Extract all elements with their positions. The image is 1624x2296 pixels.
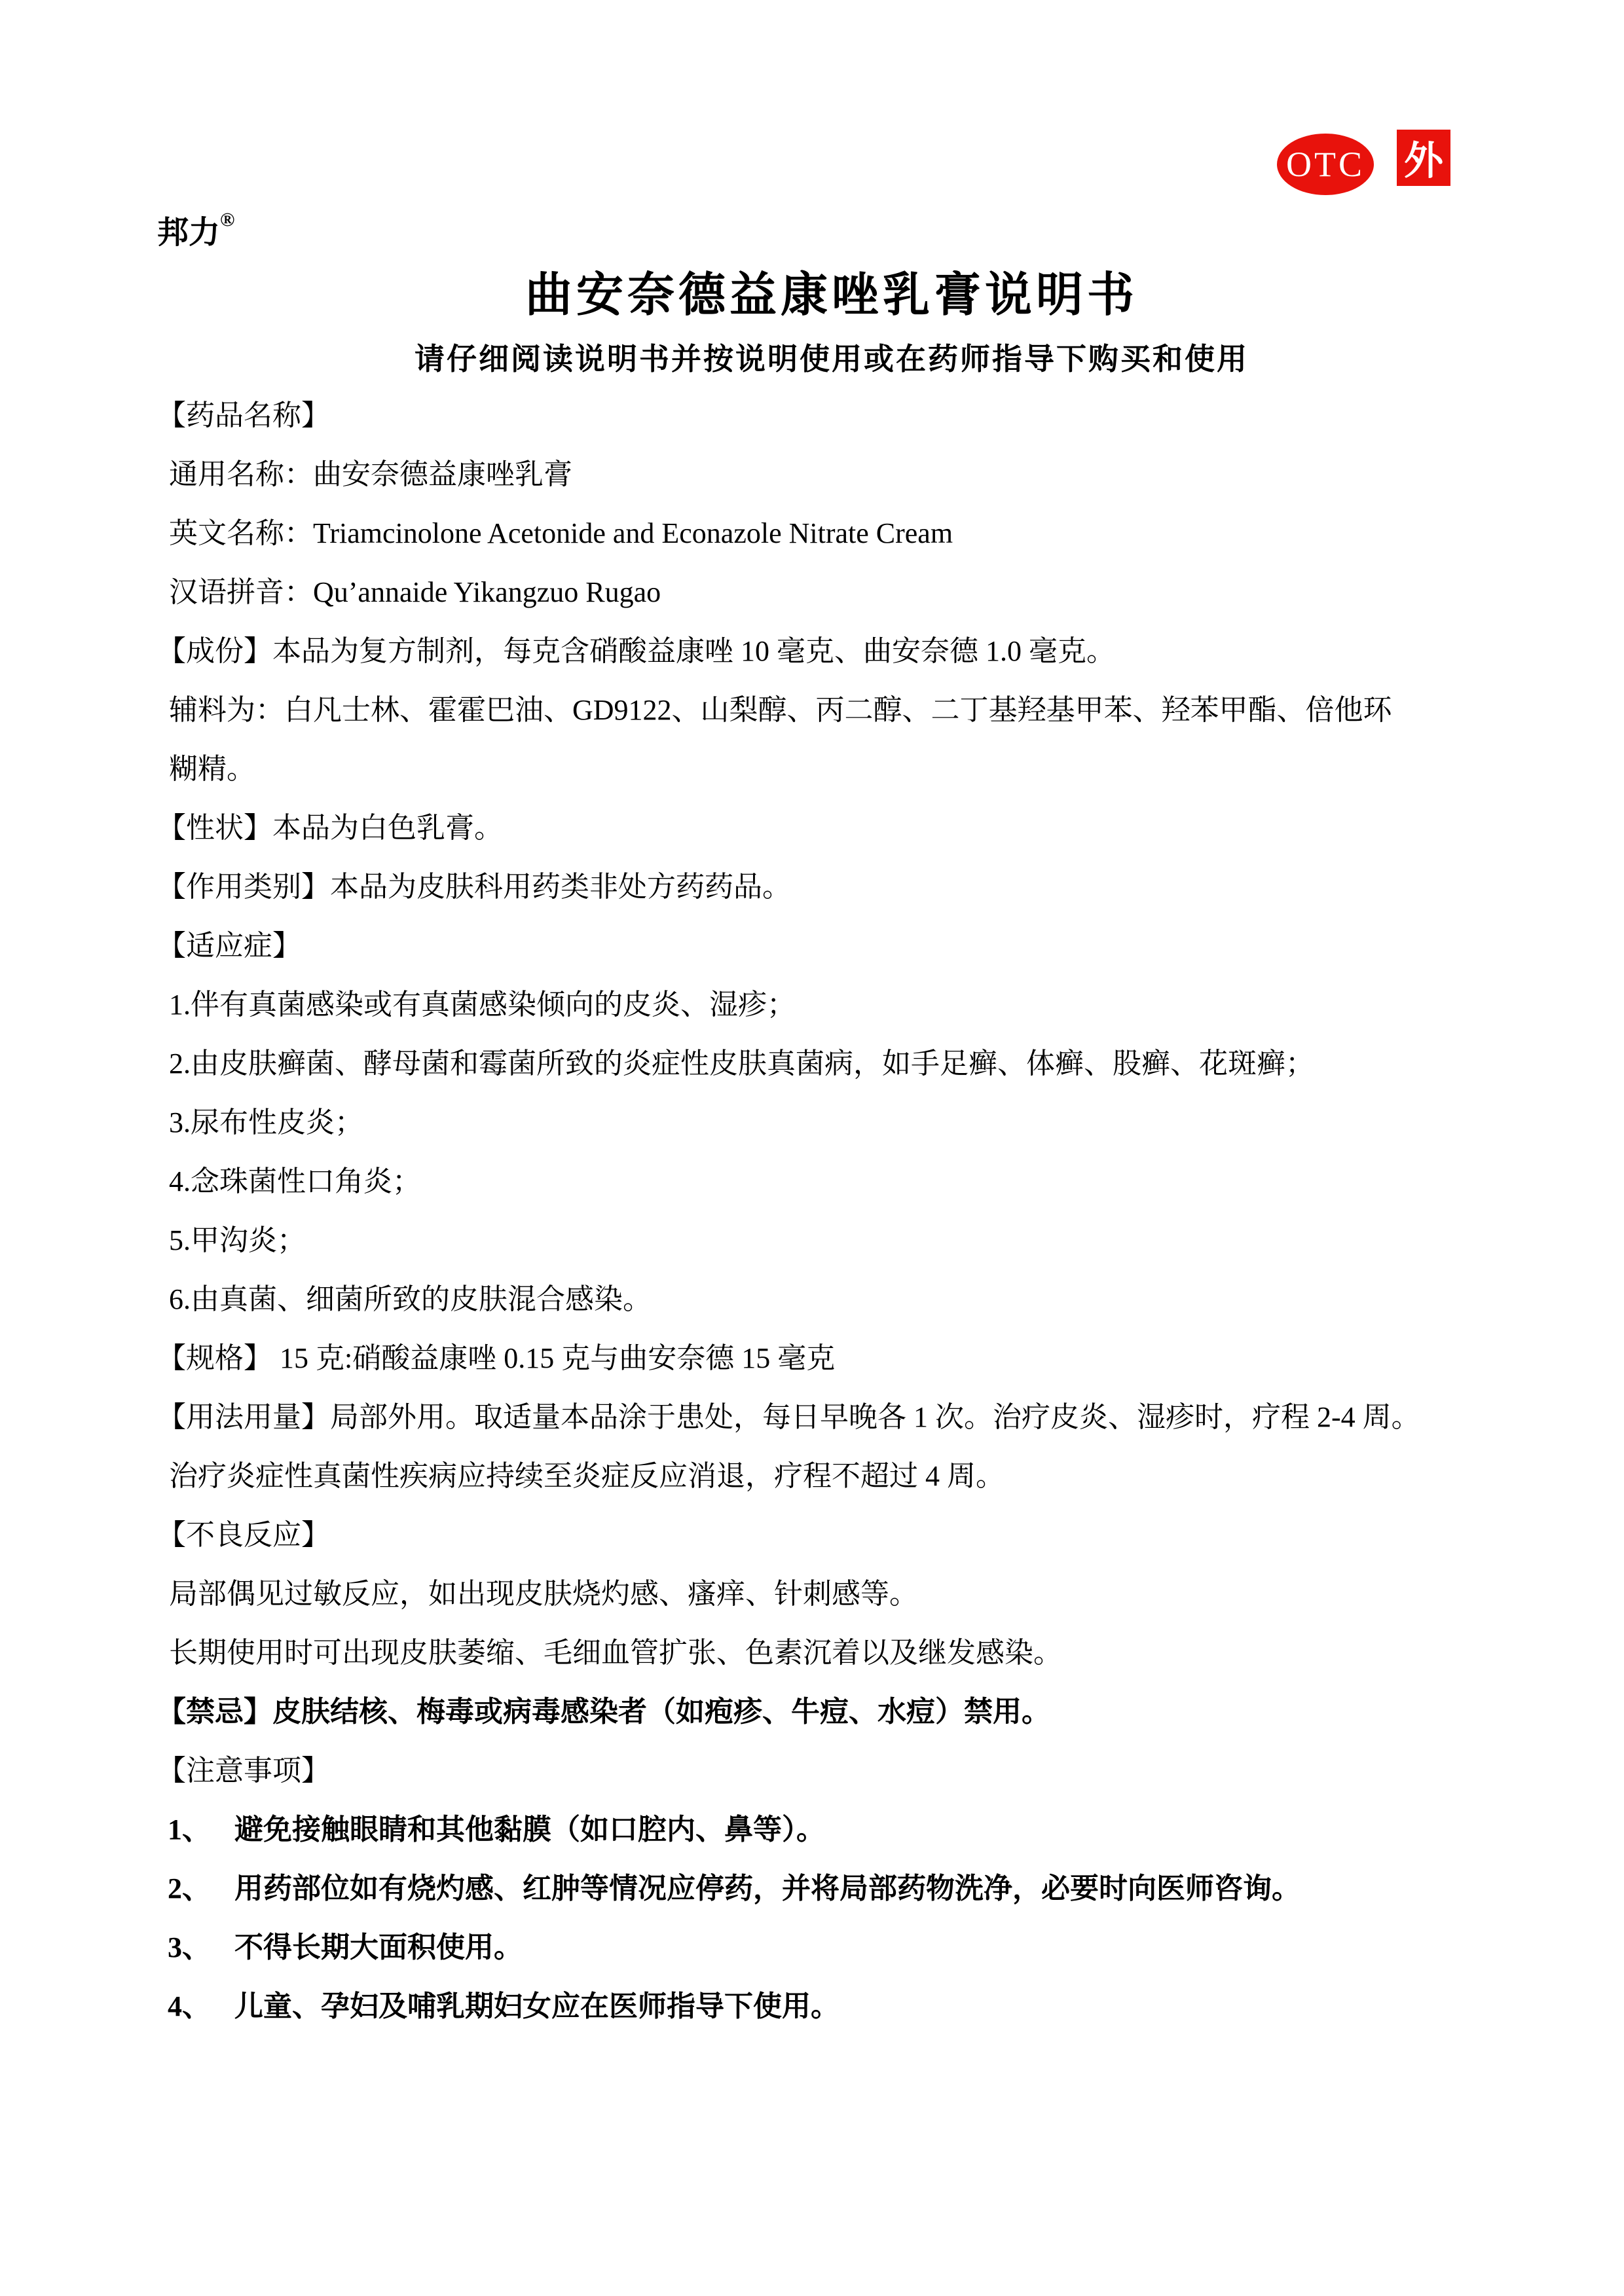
doc-line: 汉语拼音：Qu’annaide Yikangzuo Rugao xyxy=(157,563,1519,622)
line-text: 用药部位如有烧灼感、红肿等情况应停药，并将局部药物洗净，必要时向医师咨询。 xyxy=(234,1872,1301,1904)
doc-line: 3.尿布性皮炎； xyxy=(157,1093,1519,1152)
doc-line: 局部偶见过敏反应，如出现皮肤烧灼感、瘙痒、针刺感等。 xyxy=(157,1565,1519,1624)
doc-line: 6.由真菌、细菌所致的皮肤混合感染。 xyxy=(157,1270,1519,1329)
list-number: 3、 xyxy=(168,1918,211,1977)
doc-line: 治疗炎症性真菌性疾病应持续至炎症反应消退，疗程不超过 4 周。 xyxy=(157,1447,1519,1506)
brand-text: 邦力 xyxy=(157,215,220,250)
doc-line: 【成份】本品为复方制剂，每克含硝酸益康唑 10 毫克、曲安奈德 1.0 毫克。 xyxy=(157,622,1519,681)
line-text: 避免接触眼睛和其他黏膜（如口腔内、鼻等）。 xyxy=(234,1813,825,1846)
doc-line: 【性状】本品为白色乳膏。 xyxy=(157,799,1519,858)
external-use-badge: 外 xyxy=(1397,130,1450,186)
list-number: 4、 xyxy=(168,1977,211,2036)
registered-mark: ® xyxy=(220,209,234,230)
page-title: 曲安奈德益康唑乳膏说明书 xyxy=(157,257,1506,325)
doc-line: 1、避免接触眼睛和其他黏膜（如口腔内、鼻等）。 xyxy=(157,1800,1519,1859)
doc-line: 通用名称：曲安奈德益康唑乳膏 xyxy=(157,445,1519,504)
list-number: 1、 xyxy=(168,1800,211,1859)
page-subtitle: 请仔细阅读说明书并按说明使用或在药师指导下购买和使用 xyxy=(157,335,1506,378)
doc-line: 【适应症】 xyxy=(157,917,1519,975)
doc-line: 【药品名称】 xyxy=(157,386,1519,445)
doc-line: 5.甲沟炎； xyxy=(157,1211,1519,1270)
doc-line: 4、儿童、孕妇及哺乳期妇女应在医师指导下使用。 xyxy=(157,1977,1519,2036)
doc-line: 【规格】 15 克:硝酸益康唑 0.15 克与曲安奈德 15 毫克 xyxy=(157,1329,1519,1388)
doc-line: 【用法用量】局部外用。取适量本品涂于患处，每日早晚各 1 次。治疗皮炎、湿疹时，… xyxy=(157,1388,1519,1447)
doc-line: 3、不得长期大面积使用。 xyxy=(157,1918,1519,1977)
doc-line: 英文名称：Triamcinolone Acetonide and Econazo… xyxy=(157,504,1519,563)
doc-line: 2、用药部位如有烧灼感、红肿等情况应停药，并将局部药物洗净，必要时向医师咨询。 xyxy=(157,1859,1519,1918)
otc-badge: OTC xyxy=(1277,134,1374,195)
doc-line: 2.由皮肤癣菌、酵母菌和霉菌所致的炎症性皮肤真菌病，如手足癣、体癣、股癣、花斑癣… xyxy=(157,1034,1519,1093)
doc-line: 辅料为：白凡士林、霍霍巴油、GD9122、山梨醇、丙二醇、二丁基羟基甲苯、羟苯甲… xyxy=(157,681,1519,740)
doc-line: 1.伴有真菌感染或有真菌感染倾向的皮炎、湿疹； xyxy=(157,975,1519,1034)
brand-name: 邦力® xyxy=(157,207,234,252)
line-text: 儿童、孕妇及哺乳期妇女应在医师指导下使用。 xyxy=(234,1990,840,2022)
line-text: 不得长期大面积使用。 xyxy=(234,1931,523,1963)
doc-line: 【禁忌】皮肤结核、梅毒或病毒感染者（如疱疹、牛痘、水痘）禁用。 xyxy=(157,1683,1519,1741)
doc-line: 【不良反应】 xyxy=(157,1506,1519,1565)
doc-lines: 【药品名称】通用名称：曲安奈德益康唑乳膏英文名称：Triamcinolone A… xyxy=(157,386,1519,2036)
list-number: 2、 xyxy=(168,1859,211,1918)
doc-line: 长期使用时可出现皮肤萎缩、毛细血管扩张、色素沉着以及继发感染。 xyxy=(157,1624,1519,1683)
doc-line: 糊精。 xyxy=(157,740,1519,799)
doc-line: 【注意事项】 xyxy=(157,1741,1519,1800)
leaflet-page: OTC 外 邦力® 曲安奈德益康唑乳膏说明书 请仔细阅读说明书并按说明使用或在药… xyxy=(0,0,1624,2296)
doc-line: 【作用类别】本品为皮肤科用药类非处方药药品。 xyxy=(157,858,1519,917)
doc-line: 4.念珠菌性口角炎； xyxy=(157,1152,1519,1211)
